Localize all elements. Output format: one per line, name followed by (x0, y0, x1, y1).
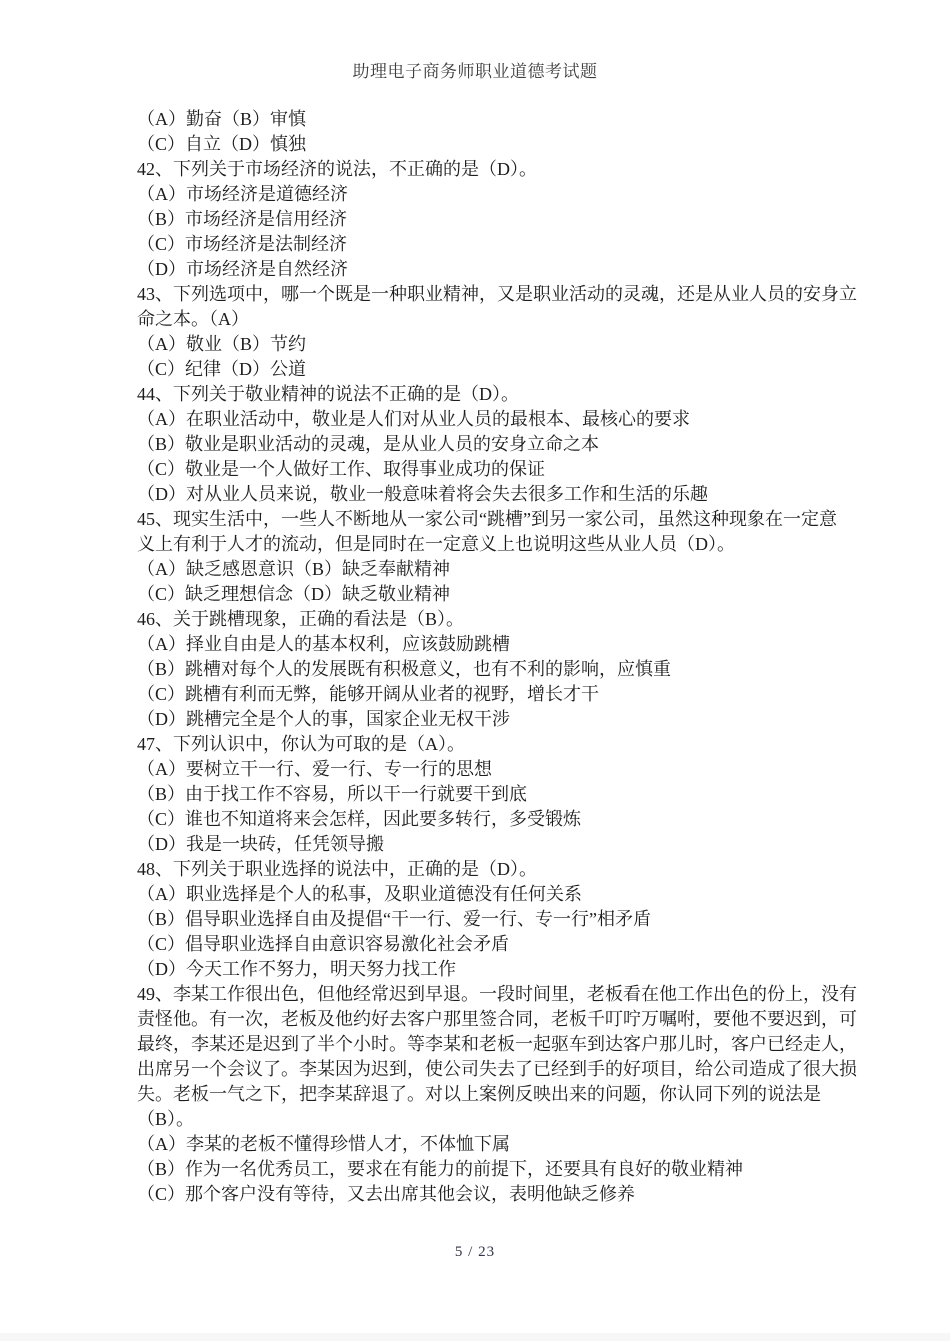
text-line: （D）跳槽完全是个人的事，国家企业无权干涉 (137, 707, 843, 732)
text-line: （D）对从业人员来说，敬业一般意味着将会失去很多工作和生活的乐趣 (137, 482, 843, 507)
text-line: （C）敬业是一个人做好工作、取得事业成功的保证 (137, 457, 843, 482)
text-line: （A）缺乏感恩意识（B）缺乏奉献精神 (137, 557, 843, 582)
text-line: （D）今天工作不努力，明天努力找工作 (137, 957, 843, 982)
text-line: 最终，李某还是迟到了半个小时。等李某和老板一起驱车到达客户那儿时，客户已经走人， (137, 1032, 843, 1057)
page-number: 5 / 23 (0, 1244, 950, 1261)
text-line: （D）市场经济是自然经济 (137, 257, 843, 282)
text-line: 失。老板一气之下，把李某辞退了。对以上案例反映出来的问题，你认同下列的说法是 (137, 1082, 843, 1107)
text-line: （A）李某的老板不懂得珍惜人才，不体恤下属 (137, 1132, 843, 1157)
text-line: （C）自立（D）慎独 (137, 132, 843, 157)
text-line: 42、下列关于市场经济的说法，不正确的是（D）。 (137, 157, 843, 182)
text-line: （C）纪律（D）公道 (137, 357, 843, 382)
text-line: 责怪他。有一次，老板及他约好去客户那里签合同，老板千叮咛万嘱咐，要他不要迟到，可 (137, 1007, 843, 1032)
text-line: 义上有利于人才的流动，但是同时在一定意义上也说明这些从业人员（D）。 (137, 532, 843, 557)
text-line: （B）由于找工作不容易，所以干一行就要干到底 (137, 782, 843, 807)
text-line: 49、李某工作很出色，但他经常迟到早退。一段时间里，老板看在他工作出色的份上，没… (137, 982, 843, 1007)
text-line: （B）作为一名优秀员工，要求在有能力的前提下，还要具有良好的敬业精神 (137, 1157, 843, 1182)
text-line: （A）职业选择是个人的私事，及职业道德没有任何关系 (137, 882, 843, 907)
text-line: 43、下列选项中，哪一个既是一种职业精神，又是职业活动的灵魂，还是从业人员的安身… (137, 282, 843, 307)
text-line: （B）敬业是职业活动的灵魂，是从业人员的安身立命之本 (137, 432, 843, 457)
text-line: 44、下列关于敬业精神的说法不正确的是（D）。 (137, 382, 843, 407)
text-line: （C）谁也不知道将来会怎样，因此要多转行，多受锻炼 (137, 807, 843, 832)
page-bottom-edge (0, 1333, 950, 1341)
text-line: 47、下列认识中，你认为可取的是（A）。 (137, 732, 843, 757)
text-line: （C）倡导职业选择自由意识容易激化社会矛盾 (137, 932, 843, 957)
text-line: （A）敬业（B）节约 (137, 332, 843, 357)
text-line: （A）勤奋（B）审慎 (137, 107, 843, 132)
text-line: （B）市场经济是信用经济 (137, 207, 843, 232)
text-line: （B）跳槽对每个人的发展既有积极意义，也有不利的影响，应慎重 (137, 657, 843, 682)
text-line: （C）缺乏理想信念（D）缺乏敬业精神 (137, 582, 843, 607)
text-line: （B）倡导职业选择自由及提倡“干一行、爱一行、专一行”相矛盾 (137, 907, 843, 932)
text-line: （B）。 (137, 1107, 843, 1132)
text-line: （C）那个客户没有等待，又去出席其他会议，表明他缺乏修养 (137, 1182, 843, 1207)
text-line: （A）在职业活动中，敬业是人们对从业人员的最根本、最核心的要求 (137, 407, 843, 432)
text-line: （A）择业自由是人的基本权利，应该鼓励跳槽 (137, 632, 843, 657)
text-line: 46、关于跳槽现象，正确的看法是（B）。 (137, 607, 843, 632)
document-page: 助理电子商务师职业道德考试题 （A）勤奋（B）审慎（C）自立（D）慎独42、下列… (0, 0, 950, 1341)
text-line: （A）市场经济是道德经济 (137, 182, 843, 207)
text-line: 48、下列关于职业选择的说法中，正确的是（D）。 (137, 857, 843, 882)
text-line: 45、现实生活中，一些人不断地从一家公司“跳槽”到另一家公司，虽然这种现象在一定… (137, 507, 843, 532)
text-line: （C）跳槽有利而无弊，能够开阔从业者的视野，增长才干 (137, 682, 843, 707)
text-line: （C）市场经济是法制经济 (137, 232, 843, 257)
text-line: 出席另一个会议了。李某因为迟到，使公司失去了已经到手的好项目，给公司造成了很大损 (137, 1057, 843, 1082)
page-title: 助理电子商务师职业道德考试题 (0, 61, 950, 83)
text-line: （D）我是一块砖，任凭领导搬 (137, 832, 843, 857)
text-line: （A）要树立干一行、爱一行、专一行的思想 (137, 757, 843, 782)
document-body: （A）勤奋（B）审慎（C）自立（D）慎独42、下列关于市场经济的说法，不正确的是… (137, 107, 843, 1207)
text-line: 命之本。（A） (137, 307, 843, 332)
